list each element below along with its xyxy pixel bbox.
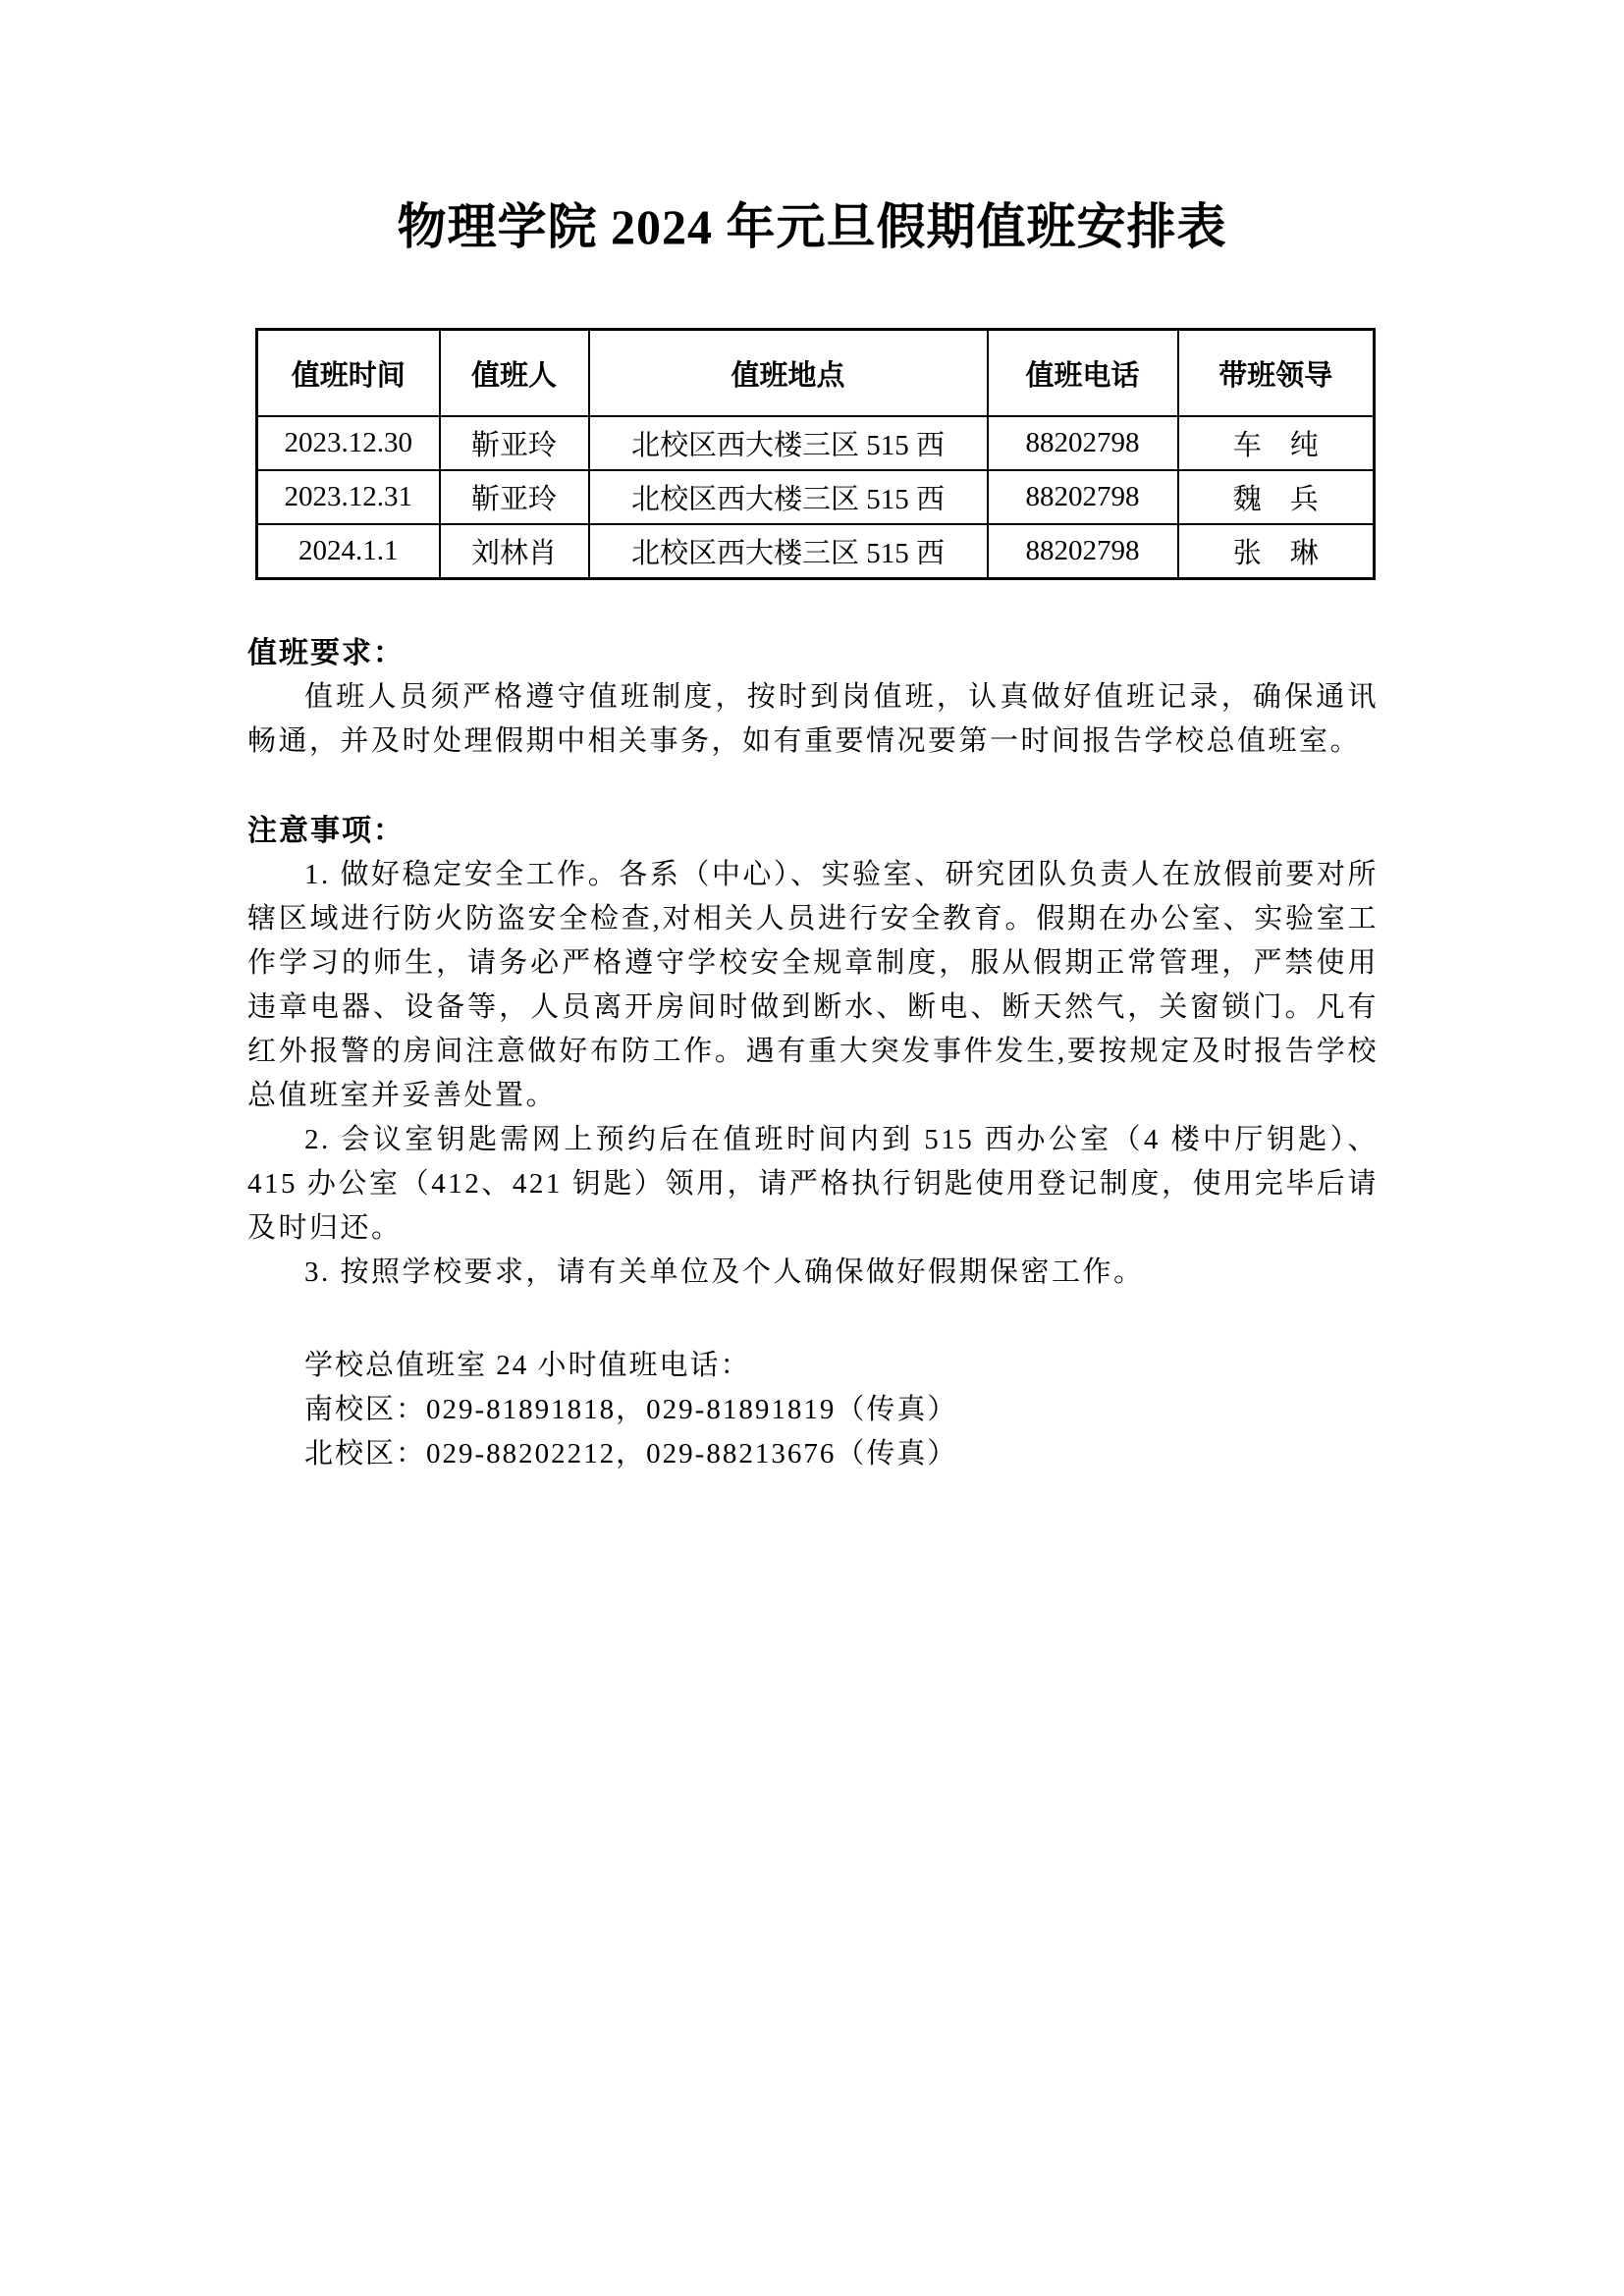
- table-row: 2023.12.31 靳亚玲 北校区西大楼三区 515 西 88202798 魏…: [257, 470, 1375, 524]
- column-header-duty-location: 值班地点: [589, 330, 988, 417]
- section-heading-notes: 注意事项：: [247, 809, 1379, 853]
- table-row: 2023.12.30 靳亚玲 北校区西大楼三区 515 西 88202798 车…: [257, 416, 1375, 470]
- section-notes: 注意事项： 1. 做好稳定安全工作。各系（中心）、实验室、研究团队负责人在放假前…: [247, 809, 1379, 1295]
- note-item-2: 2. 会议室钥匙需网上预约后在值班时间内到 515 西办公室（4 楼中厅钥匙）、…: [247, 1118, 1379, 1251]
- cell-duty-phone: 88202798: [988, 470, 1178, 524]
- hotline-title: 学校总值班室 24 小时值班电话：: [247, 1344, 1379, 1388]
- cell-duty-person: 靳亚玲: [440, 416, 589, 470]
- note-item-3: 3. 按照学校要求，请有关单位及个人确保做好假期保密工作。: [247, 1251, 1379, 1295]
- section-heading-duty-requirements: 值班要求：: [247, 631, 1379, 675]
- document-body: 值班要求： 值班人员须严格遵守值班制度，按时到岗值班，认真做好值班记录，确保通讯…: [247, 631, 1379, 1476]
- cell-duty-time: 2024.1.1: [257, 524, 440, 579]
- cell-duty-location: 北校区西大楼三区 515 西: [589, 470, 988, 524]
- duty-schedule-table: 值班时间 值班人 值班地点 值班电话 带班领导 2023.12.30 靳亚玲 北…: [255, 328, 1376, 580]
- duty-requirements-paragraph: 值班人员须严格遵守值班制度，按时到岗值班，认真做好值班记录，确保通讯畅通，并及时…: [247, 675, 1379, 764]
- hotline-south-campus: 南校区：029-81891818，029-81891819（传真）: [247, 1388, 1379, 1432]
- cell-duty-phone: 88202798: [988, 524, 1178, 579]
- table-header-row: 值班时间 值班人 值班地点 值班电话 带班领导: [257, 330, 1375, 417]
- table-row: 2024.1.1 刘林肖 北校区西大楼三区 515 西 88202798 张 琳: [257, 524, 1375, 579]
- cell-duty-leader: 魏 兵: [1178, 470, 1375, 524]
- document-page: 物理学院 2024 年元旦假期值班安排表 值班时间 值班人 值班地点 值班电话 …: [0, 0, 1624, 2296]
- cell-duty-leader: 车 纯: [1178, 416, 1375, 470]
- column-header-duty-time: 值班时间: [257, 330, 440, 417]
- cell-duty-person: 靳亚玲: [440, 470, 589, 524]
- cell-duty-time: 2023.12.30: [257, 416, 440, 470]
- column-header-duty-person: 值班人: [440, 330, 589, 417]
- cell-duty-person: 刘林肖: [440, 524, 589, 579]
- column-header-duty-leader: 带班领导: [1178, 330, 1375, 417]
- cell-duty-phone: 88202798: [988, 416, 1178, 470]
- cell-duty-location: 北校区西大楼三区 515 西: [589, 416, 988, 470]
- hotline-block: 学校总值班室 24 小时值班电话： 南校区：029-81891818，029-8…: [247, 1344, 1379, 1476]
- section-duty-requirements: 值班要求： 值班人员须严格遵守值班制度，按时到岗值班，认真做好值班记录，确保通讯…: [247, 631, 1379, 764]
- column-header-duty-phone: 值班电话: [988, 330, 1178, 417]
- cell-duty-leader: 张 琳: [1178, 524, 1375, 579]
- note-item-1: 1. 做好稳定安全工作。各系（中心）、实验室、研究团队负责人在放假前要对所辖区域…: [247, 853, 1379, 1118]
- hotline-north-campus: 北校区：029-88202212，029-88213676（传真）: [247, 1432, 1379, 1476]
- cell-duty-location: 北校区西大楼三区 515 西: [589, 524, 988, 579]
- page-title: 物理学院 2024 年元旦假期值班安排表: [0, 0, 1624, 257]
- cell-duty-time: 2023.12.31: [257, 470, 440, 524]
